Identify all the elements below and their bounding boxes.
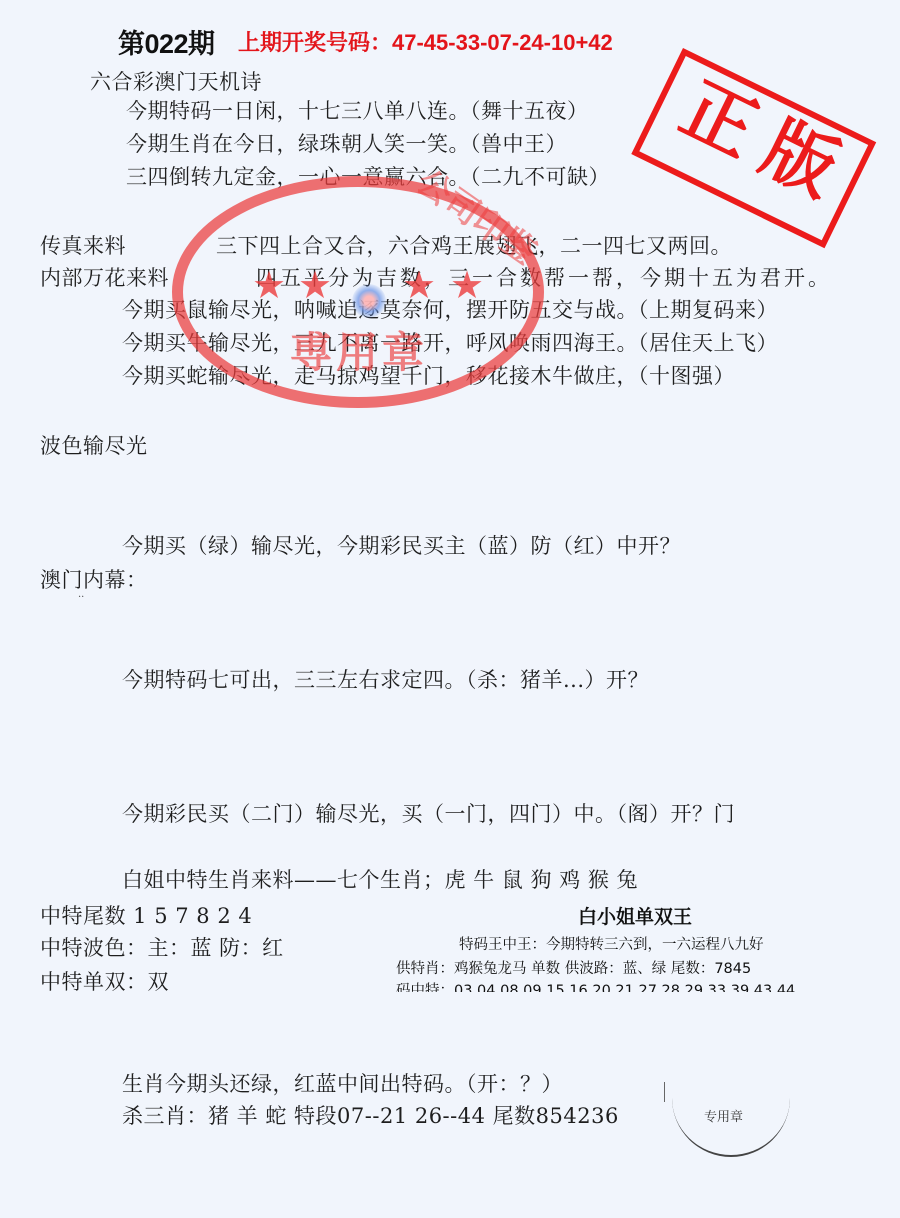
box-line-king: 特码王中王：今期特转三六到，一六运程八九好 [459,933,764,954]
macau-mark: ·· [78,592,84,603]
wave-text: 今期买（绿）输尽光，今期彩民买主（蓝）防（红）中开？ [122,530,681,560]
footer-line: 生肖今期头还绿，红蓝中间出特码。（开：？） [122,1068,563,1098]
bottom-seal-text: 专用章 [704,1106,743,1125]
odd-even: 中特单双：双 [40,966,169,996]
box-title: 白小姐单双王 [578,902,692,929]
macau-text: 今期特码七可出，三三左右求定四。（杀：猪羊...）开？ [122,664,649,694]
baijie-text: 白姐中特生肖来料——七个生肖；虎 牛 鼠 狗 鸡 猴 兔 [122,864,638,894]
wave-color: 中特波色：主：蓝 防：红 [40,932,284,962]
poem-title: 六合彩澳门天机诗 [90,66,262,96]
poem-line: 今期生肖在今日，绿珠朝人笑一笑。（兽中王） [126,128,567,158]
wave-title: 波色输尽光 [40,430,148,460]
inner-text: 四五平分为吉数，三一合数帮一帮，今期十五为君开。 [256,262,832,292]
lose-line: 今期买蛇输尽光，走马掠鸡望千门，移花接木牛做庄，（十图强） [122,360,735,390]
stamp-char-ban: 版 [752,111,848,207]
stamp-char-zheng: 正 [671,71,767,167]
box-line-zodiac: 供特肖：鸡猴兔龙马 单数 供波路：蓝、绿 尾数：7845 [396,957,751,978]
authentic-stamp: 正 版 [631,48,876,248]
issue-number: 第022期 [118,22,215,61]
box-line-numbers: 码中特：03 04 08 09 15 16 20 21 27 28 29 33 … [396,981,795,992]
doors-text: 今期彩民买（二门）输尽光，买（一门，四门）中。（阁）开？门 [122,798,735,828]
fax-label: 传真来料 [40,230,126,260]
bottom-seal: 专用章 [672,1065,790,1157]
seal-star-icon: ★ [298,266,332,304]
footer-kill-line: 杀三肖：猪 羊 蛇 特段07--21 26--44 尾数854236 [122,1100,619,1130]
divider [664,1082,665,1102]
seal-star-icon: ★ [450,266,484,304]
seal-text: 尃用章 [290,320,428,380]
lose-line: 今期买牛输尽光，三九不离一路开，呼风唤雨四海王。（居住天上飞） [122,327,778,357]
previous-draw-numbers: 上期开奖号码：47-45-33-07-24-10+42 [238,26,613,57]
seal-star-icon: ★ [402,266,436,304]
seal-star-icon: ★ [252,266,286,304]
inner-label: 内部万花来料 [40,262,169,292]
poem-line: 三四倒转九定金，一心一意赢六合。（二九不可缺） [126,161,610,191]
seal-center-emblem-icon [352,284,386,318]
tail-numbers: 中特尾数 1 5 7 8 2 4 [40,900,252,930]
poem-line: 今期特码一日闲，十七三八单八连。（舞十五夜） [126,95,589,125]
macau-title: 澳门内幕： [40,564,148,594]
